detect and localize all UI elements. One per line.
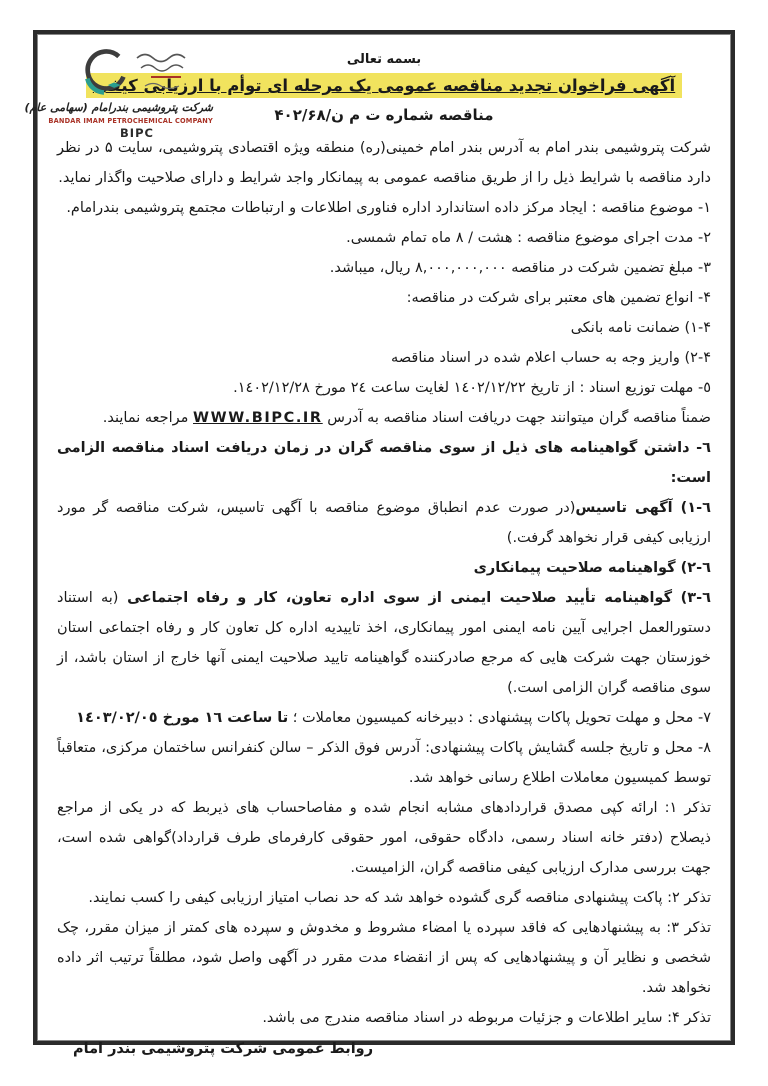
contractor-certificate-line: ٦‏-‏٢) گواهینامه صلاحیت پیمانکاری — [57, 553, 711, 583]
logo-company-name-en: BANDAR IMAM PETROCHEMICAL COMPANY — [61, 117, 213, 125]
opening-session-line: ٨- محل و تاریخ جلسه گشایش پاکات پیشنهادی… — [57, 733, 711, 793]
guarantee-types-line: ۴- انواع تضمین های معتبر برای شرکت در من… — [57, 283, 711, 313]
tender-subject-line: ۱- موضوع مناقصه : ایجاد مرکز داده استاند… — [57, 193, 711, 223]
tender-announcement-screenshot: { "page": { "bg": "#ffffff", "border_col… — [0, 0, 768, 1086]
envelope-delivery-line: ٧- محل و مهلت تحویل پاکات پیشنهادی : دبی… — [57, 703, 711, 733]
note1-line: تذکر ۱: ارائه کپی مصدق قراردادهای مشابه … — [57, 793, 711, 883]
calligraphy-squiggle-icon — [131, 48, 195, 94]
guarantee-amount-line: ۳- مبلغ تضمین شرکت در مناقصه ۸,۰۰۰,۰۰۰,۰… — [57, 253, 711, 283]
website-line-after: مراجعه نمایند. — [103, 410, 193, 426]
logo-company-name-fa: شرکت پتروشیمی بندرامام (سهامی عام) — [61, 101, 213, 114]
bipc-crescent-icon — [79, 48, 129, 100]
note2-line: تذکر ۲: پاکت پیشنهادی مناقصه گری گشوده خ… — [57, 883, 711, 913]
company-logo-block: شرکت پتروشیمی بندرامام (سهامی عام) BANDA… — [61, 48, 213, 140]
logo-graphics — [61, 48, 213, 100]
note4-line: تذکر ۴: سایر اطلاعات و جزئیات مربوطه در … — [57, 1003, 711, 1033]
guarantee-type-deposit-line: ۴‏-‏۲) واریز وجه به حساب اعلام شده در اس… — [57, 343, 711, 373]
intro-paragraph: شرکت پتروشیمی بندر امام به آدرس بندر اما… — [57, 133, 711, 193]
certificates-header-line: ٦- داشتن گواهینامه های ذیل از سوی مناقصه… — [57, 433, 711, 493]
envelope-delivery-deadline: تا ساعت ١٦ مورخ ١٤٠٣/٠٢/٠٥ — [76, 710, 288, 726]
public-relations-signature: روابط عمومی شرکت پتروشیمی بندر امام — [57, 1041, 711, 1057]
note3-line: تذکر ۳: به پیشنهادهایی که فاقد سپرده یا … — [57, 913, 711, 1003]
website-url: WWW.BIPC.IR — [193, 410, 323, 426]
website-line-before: ضمناً مناقصه گران میتوانند جهت دریافت اس… — [323, 410, 711, 426]
safety-certificate-line: ٦‏-‏٣) گواهینامه تأیید صلاحیت ایمنی از س… — [57, 583, 711, 703]
website-line: ضمناً مناقصه گران میتوانند جهت دریافت اس… — [57, 403, 711, 433]
establishment-ad-line: ٦‏-‏١) آگهی تاسیس(در صورت عدم انطباق موض… — [57, 493, 711, 553]
guarantee-type-bank-line: ۴‏-‏۱) ضمانت نامه بانکی — [57, 313, 711, 343]
document-distribution-line: ٥- مهلت توزیع اسناد : از تاریخ ١٤٠٢/١٢/٢… — [57, 373, 711, 403]
document-content: شرکت پتروشیمی بندرامام (سهامی عام) BANDA… — [57, 40, 711, 1035]
establishment-ad-lead: ٦‏-‏١) آگهی تاسیس — [575, 500, 711, 516]
document-page: شرکت پتروشیمی بندرامام (سهامی عام) BANDA… — [33, 30, 735, 1045]
logo-abbr: BIPC — [61, 126, 213, 140]
duration-line: ۲- مدت اجرای موضوع مناقصه : هشت / ۸ ماه … — [57, 223, 711, 253]
safety-certificate-lead: ٦‏-‏٣) گواهینامه تأیید صلاحیت ایمنی از س… — [118, 590, 711, 606]
document-body: شرکت پتروشیمی بندر امام به آدرس بندر اما… — [57, 133, 711, 1033]
envelope-delivery-before: ٧- محل و مهلت تحویل پاکات پیشنهادی : دبی… — [288, 710, 711, 726]
